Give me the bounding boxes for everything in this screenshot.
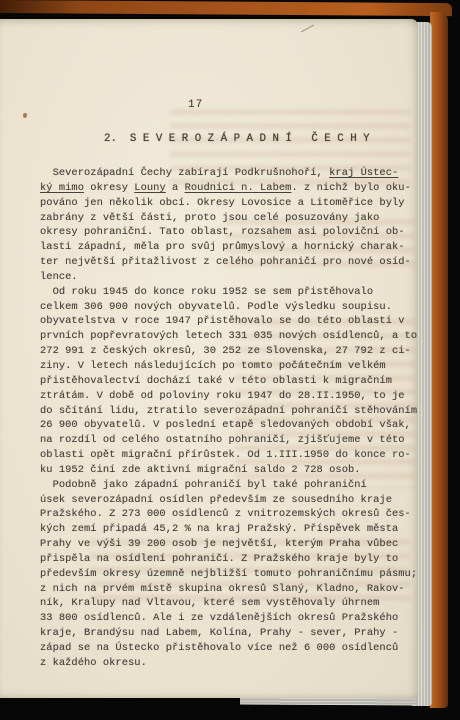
text-line: přispěla na osídlení pohraničí. Z Pražsk…	[40, 552, 418, 567]
document-page: 17 2. S E V E R O Z Á P A D N Í Č E C H …	[0, 19, 418, 698]
text-line: Severozápadní Čechy zabírají Podkrušnoho…	[40, 166, 418, 181]
text-line: celkem 306 900 nových obyvatelů. Podle v…	[40, 300, 418, 315]
text-line: kých zemí připadá 45,2 % na kraj Pražský…	[40, 522, 418, 537]
text-line: ku 1952 činí zde aktivní migrační saldo …	[40, 463, 418, 478]
book-cover-right-edge	[430, 12, 448, 708]
text-line: z každého okresu.	[40, 656, 418, 671]
text-line: ztrátám. V době od poloviny roku 1947 do…	[40, 389, 418, 404]
text-line: zabrány z větší části, proto jsou celé p…	[40, 211, 418, 226]
text-line: z nich na prvém místě skupina okresů Sla…	[40, 582, 418, 597]
text-line: oblasti opět migrační přírůstek. Od 1.II…	[40, 448, 418, 463]
text-line: úsek severozápadní osídlen především ze …	[40, 493, 418, 508]
paper-speck	[23, 113, 27, 118]
text-line: lence.	[40, 270, 418, 285]
page-number: 17	[188, 99, 203, 111]
text-line: Prahy ve výši 39 200 osob je největší, k…	[40, 537, 418, 552]
text-line: obyvatelstva v roce 1947 přistěhovalo se…	[40, 314, 418, 329]
text-line: do sčítání lidu, ztratilo severozápadní …	[40, 404, 418, 419]
text-line: okresy pohraniční. Tato oblast, rozsahem…	[40, 225, 418, 240]
text-line: západ se na Ústecko přistěhovalo více ne…	[40, 641, 418, 656]
text-line: prvních popřevratových letech 331 035 no…	[40, 329, 418, 344]
text-line: Pražského. Z 273 000 osídlenců z vnitroz…	[40, 507, 418, 522]
text-line: ký mimo okresy Louny a Roudnici n. Labem…	[40, 181, 418, 196]
text-line: 33 800 osídlenců. Ale i ze vzdálenějších…	[40, 611, 418, 626]
book-cover-top-edge	[0, 0, 452, 16]
text-line: na rozdíl od celého ostatního pohraničí,…	[40, 433, 418, 448]
text-line: Podobně jako západní pohraničí byl také …	[40, 478, 418, 493]
text-line: přistěhovalectví dochází také v této obl…	[40, 374, 418, 389]
text-line: ter největší přitažlivost z celého pohra…	[40, 255, 418, 270]
text-line: pováno jen několik obcí. Okresy Lovosice…	[40, 196, 418, 211]
text-line: 272 991 z českých okresů, 30 252 ze Slov…	[40, 344, 418, 359]
section-heading: 2. S E V E R O Z Á P A D N Í Č E C H Y	[104, 133, 370, 145]
text-line: ziny. V letech následujících po tomto po…	[40, 359, 418, 374]
text-line: kraje, Brandýsu nad Labem, Kolína, Prahy…	[40, 626, 418, 641]
text-line: Od roku 1945 do konce roku 1952 se sem p…	[40, 285, 418, 300]
text-line: především okresy územně nejbližší tomuto…	[40, 567, 418, 582]
body-text: Severozápadní Čechy zabírají Podkrušnoho…	[40, 166, 418, 671]
text-line: ník, Kralupy nad Vltavou, které sem vyst…	[40, 596, 418, 611]
text-line: lasti západní, měla pro svůj průmyslový …	[40, 240, 418, 255]
paper-scratch	[301, 25, 315, 33]
text-line: 26 900 obyvatelů. V poslední etapě sledo…	[40, 418, 418, 433]
